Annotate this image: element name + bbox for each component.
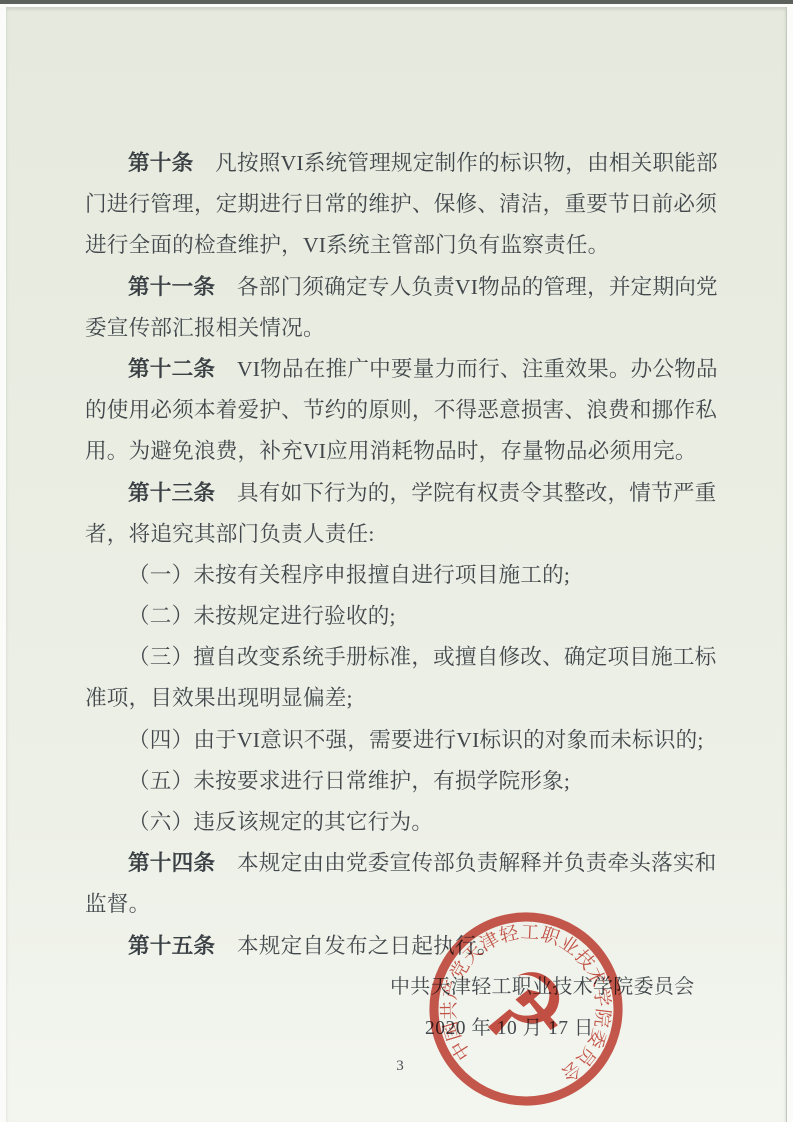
line-text: （一）未按有关程序申报擅自进行项目施工的;	[128, 563, 570, 587]
text-line: （二）未按规定进行验收的;	[85, 596, 725, 637]
line-text: 委宣传部汇报相关情况。	[85, 316, 325, 340]
line-text: 的使用必须本着爱护、节约的原则，不得恶意损害、浪费和挪作私	[85, 398, 717, 422]
line-text: 本规定由由党委宣传部负责解释并负责牵头落实和	[215, 851, 716, 875]
text-line: 准项，目效果出现明显偏差;	[85, 678, 725, 719]
text-line: 委宣传部汇报相关情况。	[85, 308, 725, 349]
document-body: 第十条 凡按照VI系统管理规定制作的标识物，由相关职能部门进行管理，定期进行日常…	[85, 143, 725, 967]
text-line: 第十三条 具有如下行为的，学院有权责令其整改，情节严重	[85, 473, 725, 514]
text-line: （六）违反该规定的其它行为。	[85, 802, 725, 843]
line-text: 用。为避免浪费，补充VI应用消耗物品时，存量物品必须用完。	[85, 439, 697, 463]
text-line: （一）未按有关程序申报擅自进行项目施工的;	[85, 555, 725, 596]
line-text: （六）违反该规定的其它行为。	[128, 810, 433, 834]
line-text: （五）未按要求进行日常维护，有损学院形象;	[128, 769, 570, 793]
line-text: （四）由于VI意识不强，需要进行VI标识的对象而未标识的;	[128, 728, 704, 752]
line-text: 者，将追究其部门负责人责任:	[85, 522, 375, 546]
text-line: 门进行管理，定期进行日常的维护、保修、清洁，重要节日前必须	[85, 184, 725, 225]
paper-sheet: 第十条 凡按照VI系统管理规定制作的标识物，由相关职能部门进行管理，定期进行日常…	[6, 7, 787, 1122]
text-line: 进行全面的检查维护，VI系统主管部门负有监察责任。	[85, 225, 725, 266]
line-text: 凡按照VI系统管理规定制作的标识物，由相关职能部	[193, 151, 717, 175]
text-line: 第十一条 各部门须确定专人负责VI物品的管理，并定期向党	[85, 267, 725, 308]
article-number: 第十一条	[128, 275, 215, 299]
article-number: 第十五条	[128, 934, 215, 958]
article-number: 第十条	[128, 151, 193, 175]
line-text: （三）擅自改变系统手册标准，或擅自修改、确定项目施工标	[128, 645, 716, 669]
article-number: 第十二条	[128, 357, 215, 381]
text-line: 第十二条 VI物品在推广中要量力而行、注重效果。办公物品	[85, 349, 725, 390]
line-text: 门进行管理，定期进行日常的维护、保修、清洁，重要节日前必须	[85, 192, 717, 216]
text-line: （四）由于VI意识不强，需要进行VI标识的对象而未标识的;	[85, 720, 725, 761]
line-text: 各部门须确定专人负责VI物品的管理，并定期向党	[215, 275, 718, 299]
line-text: VI物品在推广中要量力而行、注重效果。办公物品	[215, 357, 718, 381]
article-number: 第十四条	[128, 851, 215, 875]
line-text: 进行全面的检查维护，VI系统主管部门负有监察责任。	[85, 233, 609, 257]
text-line: 第十四条 本规定由由党委宣传部负责解释并负责牵头落实和	[85, 843, 725, 884]
article-number: 第十三条	[128, 481, 215, 505]
line-text: 具有如下行为的，学院有权责令其整改，情节严重	[215, 481, 716, 505]
text-line: （五）未按要求进行日常维护，有损学院形象;	[85, 761, 725, 802]
hammer-and-sickle-icon: ☭	[475, 948, 577, 1070]
text-line: 第十条 凡按照VI系统管理规定制作的标识物，由相关职能部	[85, 143, 725, 184]
line-text: （二）未按规定进行验收的;	[128, 604, 396, 628]
text-line: 用。为避免浪费，补充VI应用消耗物品时，存量物品必须用完。	[85, 431, 725, 472]
official-seal: 中国共产党天津轻工职业技术学院委员会 ☭	[419, 902, 633, 1116]
text-line: 者，将追究其部门负责人责任:	[85, 514, 725, 555]
line-text: 监督。	[85, 892, 150, 916]
line-text: 准项，目效果出现明显偏差;	[85, 686, 353, 710]
text-line: 的使用必须本着爱护、节约的原则，不得恶意损害、浪费和挪作私	[85, 390, 725, 431]
text-line: （三）擅自改变系统手册标准，或擅自修改、确定项目施工标	[85, 637, 725, 678]
page-number: 3	[388, 1058, 412, 1075]
scan-edge-top	[0, 0, 793, 4]
scanned-document-page: 第十条 凡按照VI系统管理规定制作的标识物，由相关职能部门进行管理，定期进行日常…	[0, 0, 793, 1122]
